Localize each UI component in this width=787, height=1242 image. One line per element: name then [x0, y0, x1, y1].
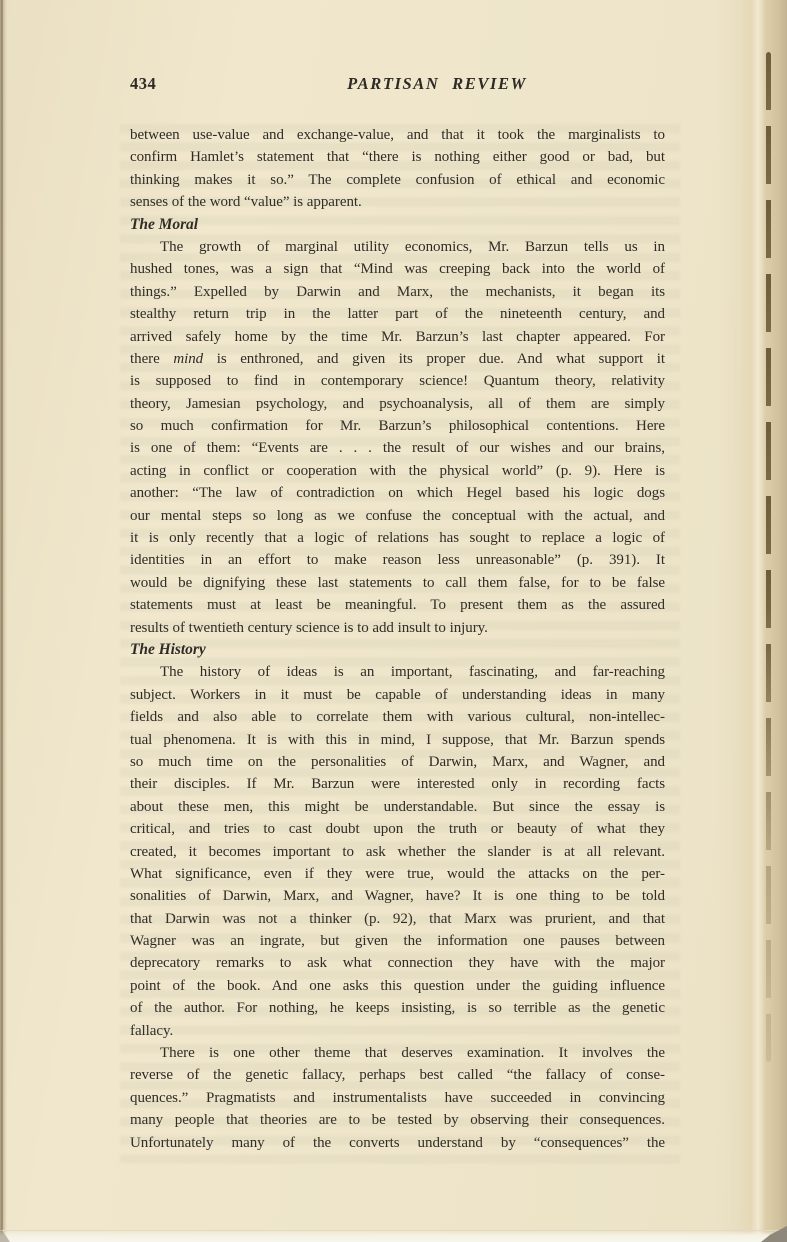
text-line: sonalities of Darwin, Marx, and Wagner, … — [130, 885, 665, 907]
text-line: our mental steps so long as we confuse t… — [130, 505, 665, 527]
text-line: quences.” Pragmatists and instrumentalis… — [130, 1087, 665, 1109]
paragraph: between use-value and exchange-value, an… — [130, 124, 665, 214]
text-line: thinking makes it so.” The complete conf… — [130, 169, 665, 191]
text-line: acting in conflict or cooperation with t… — [130, 460, 665, 482]
text-line: that Darwin was not a thinker (p. 92), t… — [130, 908, 665, 930]
text-line: tual phenomena. It is with this in mind,… — [130, 729, 665, 751]
gutter-highlight — [751, 0, 765, 1242]
section-heading: The Moral — [130, 214, 665, 236]
text-segment: is enthroned, and given its proper due. … — [203, 351, 665, 367]
text-line: fallacy. — [130, 1020, 665, 1042]
emphasized-word: mind — [173, 351, 203, 367]
text-line: hushed tones, was a sign that “Mind was … — [130, 258, 665, 280]
text-line: is supposed to find in contemporary scie… — [130, 370, 665, 392]
paragraph: There is one other theme that deserves e… — [130, 1042, 665, 1154]
paragraph: The growth of marginal utility economics… — [130, 236, 665, 639]
text-line: critical, and tries to cast doubt upon t… — [130, 818, 665, 840]
text-line: is one of them: “Events are . . . the re… — [130, 437, 665, 459]
text-line: Unfortunately many of the converts under… — [130, 1132, 665, 1154]
scanned-page: 434 PARTISAN REVIEW between use-value an… — [0, 0, 787, 1242]
text-line: about these men, this might be understan… — [130, 796, 665, 818]
text-line: theory, Jamesian psychology, and psychoa… — [130, 393, 665, 415]
binding-line — [766, 52, 771, 1062]
left-edge-line — [1, 0, 3, 1242]
section-heading: The History — [130, 639, 665, 661]
text-line: confirm Hamlet’s statement that “there i… — [130, 146, 665, 168]
text-line: created, it becomes important to ask whe… — [130, 841, 665, 863]
text-line: another: “The law of contradiction on wh… — [130, 482, 665, 504]
text-line: reverse of the genetic fallacy, perhaps … — [130, 1064, 665, 1086]
text-line: identities in an effort to make reason l… — [130, 549, 665, 571]
text-line: statements must at least be meaningful. … — [130, 594, 665, 616]
body-text: between use-value and exchange-value, an… — [130, 124, 665, 1154]
text-line: things.” Expelled by Darwin and Marx, th… — [130, 281, 665, 303]
page-number: 434 — [130, 74, 156, 94]
text-line: deprecatory remarks to ask what connecti… — [130, 952, 665, 974]
text-line: between use-value and exchange-value, an… — [130, 124, 665, 146]
text-line: it is only recently that a logic of rela… — [130, 527, 665, 549]
text-line: The history of ideas is an important, fa… — [130, 661, 665, 683]
text-line: point of the book. And one asks this que… — [130, 975, 665, 997]
text-line: There is one other theme that deserves e… — [130, 1042, 665, 1064]
text-line: subject. Workers in it must be capable o… — [130, 684, 665, 706]
left-page-edge — [0, 0, 7, 1242]
text-line: The growth of marginal utility economics… — [130, 236, 665, 258]
text-line: What significance, even if they were tru… — [130, 863, 665, 885]
paragraph: The history of ideas is an important, fa… — [130, 661, 665, 1042]
text-line: fields and also able to correlate them w… — [130, 706, 665, 728]
bottom-page-edge — [0, 1230, 787, 1242]
text-line: of the author. For nothing, he keeps ins… — [130, 997, 665, 1019]
text-line: senses of the word “value” is apparent. — [130, 191, 665, 213]
text-line: arrived safely home by the time Mr. Barz… — [130, 326, 665, 348]
text-line: would be dignifying these last statement… — [130, 572, 665, 594]
text-line: their disciples. If Mr. Barzun were inte… — [130, 773, 665, 795]
text-line: stealthy return trip in the latter part … — [130, 303, 665, 325]
text-line: many people that theories are to be test… — [130, 1109, 665, 1131]
journal-title: PARTISAN REVIEW — [347, 74, 527, 94]
text-segment: there — [130, 351, 173, 367]
text-line: there mind is enthroned, and given its p… — [130, 348, 665, 370]
text-line: results of twentieth century science is … — [130, 617, 665, 639]
text-line: so much time on the personalities of Dar… — [130, 751, 665, 773]
text-line: so much confirmation for Mr. Barzun’s ph… — [130, 415, 665, 437]
text-line: Wagner was an ingrate, but given the inf… — [130, 930, 665, 952]
